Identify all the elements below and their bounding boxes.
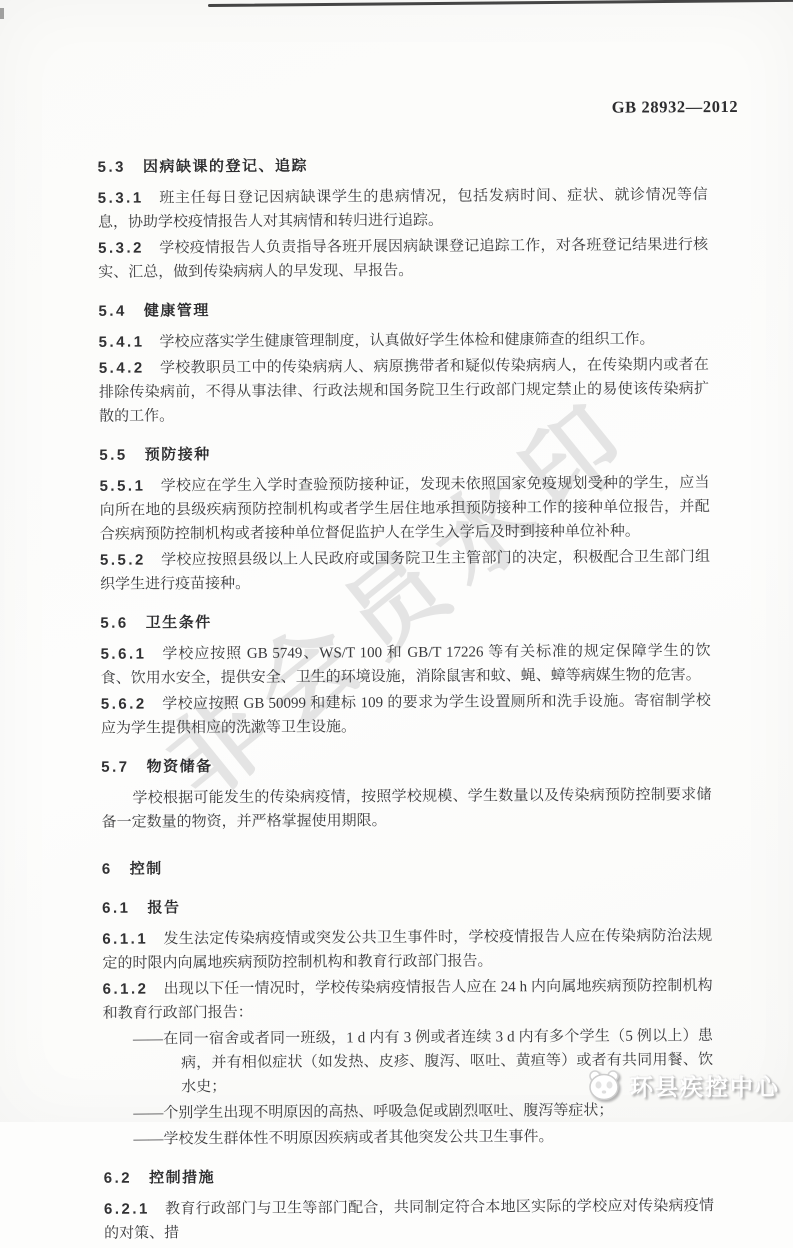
clause-5-6-1: 5.6.1学校应按照 GB 5749、WS/T 100 和 GB/T 17226… xyxy=(100,639,710,691)
clause-6-1-1: 6.1.1发生法定传染病疫情或突发公共卫生事件时，学校疫情报告人应在传染病防治法… xyxy=(102,924,712,976)
clause-text: 学校应按照 GB 50099 和建标 109 的要求为学生设置厕所和洗手设施。寄… xyxy=(101,693,711,737)
clause-number: 6.1.1 xyxy=(102,931,148,948)
clause-5-3-2: 5.3.2学校疫情报告人负责指导各班开展因病缺课登记追踪工作，对各班登记结果进行… xyxy=(98,233,708,285)
clause-number: 5.6.1 xyxy=(101,646,147,663)
clause-5-4-2: 5.4.2学校教职员工中的传染病病人、病原携带者和疑似传染病病人，在传染期内或者… xyxy=(99,353,709,429)
section-heading-5-4: 5.4健康管理 xyxy=(98,296,708,324)
clause-number: 5.3.2 xyxy=(98,240,144,257)
section-number: 6.1 xyxy=(102,900,130,917)
clause-5-5-2: 5.5.2学校应按照县级以上人民政府或国务院卫生主管部门的决定，积极配合卫生部门… xyxy=(100,545,710,597)
clause-5-3-1: 5.3.1班主任每日登记因病缺课学生的患病情况，包括发病时间、症状、就诊情况等信… xyxy=(98,183,708,235)
clause-text: 学校教职员工中的传染病病人、病原携带者和疑似传染病病人，在传染期内或者在排除传染… xyxy=(99,357,709,425)
clause-number: 5.3.1 xyxy=(98,190,144,207)
clause-number: 5.5.2 xyxy=(100,552,146,569)
paragraph-5-7: 学校根据可能发生的传染病疫情，按照学校规模、学生数量以及传染病预防控制要求储备一… xyxy=(101,783,711,835)
section-number: 5.7 xyxy=(101,759,129,776)
clause-text: 班主任每日登记因病缺课学生的患病情况，包括发病时间、症状、就诊情况等信息，协助学… xyxy=(98,187,708,231)
section-heading-5-6: 5.6卫生条件 xyxy=(100,608,710,636)
cdc-watermark-stamp: 环县疾控中心 xyxy=(585,1068,780,1102)
clause-number: 6.1.2 xyxy=(103,981,149,998)
clause-text: 学校疫情报告人负责指导各班开展因病缺课登记追踪工作，对各班登记结果进行核实、汇总… xyxy=(98,237,708,281)
clause-5-6-2: 5.6.2学校应按照 GB 50099 和建标 109 的要求为学生设置厕所和洗… xyxy=(101,689,711,741)
clause-number: 5.5.1 xyxy=(99,478,145,495)
section-title: 卫生条件 xyxy=(146,614,212,631)
document-body: 5.3因病缺课的登记、追踪 5.3.1班主任每日登记因病缺课学生的患病情况，包括… xyxy=(97,137,714,1122)
section-heading-5-7: 5.7物资储备 xyxy=(101,752,711,780)
stamp-text: 环县疾控中心 xyxy=(630,1069,780,1102)
clause-text: 学校应在学生入学时查验预防接种证，发现未依照国家免疫规划受种的学生，应当向所在地… xyxy=(100,475,710,543)
clause-text: 学校应落实学生健康管理制度，认真做好学生体检和健康筛查的组织工作。 xyxy=(159,331,654,350)
clause-text: 出现以下任一情况时，学校传染病疫情报告人应在 24 h 内向属地疾病预防控制机构… xyxy=(103,978,713,1022)
section-title: 因病缺课的登记、追踪 xyxy=(143,158,308,176)
standard-number: GB 28932—2012 xyxy=(612,97,739,118)
clause-5-4-1: 5.4.1学校应落实学生健康管理制度，认真做好学生体检和健康筛查的组织工作。 xyxy=(99,327,709,355)
panda-logo-icon xyxy=(585,1068,623,1102)
clause-6-1-2: 6.1.2出现以下任一情况时，学校传染病疫情报告人应在 24 h 内向属地疾病预… xyxy=(103,974,713,1026)
chapter-heading-6: 6控制 xyxy=(102,854,712,882)
clause-number: 5.4.2 xyxy=(99,360,145,377)
clause-text: 学校应按照县级以上人民政府或国务院卫生主管部门的决定，积极配合卫生部门组织学生进… xyxy=(100,549,710,593)
clause-5-5-1: 5.5.1学校应在学生入学时查验预防接种证，发现未依照国家免疫规划受种的学生，应… xyxy=(99,471,709,547)
section-title: 报告 xyxy=(147,899,180,916)
page-tilt-wrapper: GB 28932—2012 5.3因病缺课的登记、追踪 5.3.1班主任每日登记… xyxy=(0,0,793,1122)
section-number: 5.3 xyxy=(98,159,126,176)
section-number: 5.6 xyxy=(100,615,128,632)
clause-text: 发生法定传染病疫情或突发公共卫生事件时，学校疫情报告人应在传染病防治法规定的时限… xyxy=(102,928,712,972)
section-title: 健康管理 xyxy=(144,302,210,319)
section-heading-6-1: 6.1报告 xyxy=(102,893,712,921)
scanned-document-page: 非会员水印 GB 28932—2012 5.3因病缺课的登记、追踪 5.3.1班… xyxy=(0,0,793,1122)
section-number: 5.4 xyxy=(98,303,126,320)
clause-text: 学校应按照 GB 5749、WS/T 100 和 GB/T 17226 等有关标… xyxy=(101,643,711,687)
clause-number: 5.6.2 xyxy=(101,696,147,713)
section-title: 预防接种 xyxy=(145,446,211,463)
section-title: 物资储备 xyxy=(147,758,213,775)
chapter-title: 控制 xyxy=(130,860,163,877)
section-heading-5-3: 5.3因病缺课的登记、追踪 xyxy=(98,152,708,180)
chapter-number: 6 xyxy=(102,861,113,878)
section-number: 5.5 xyxy=(99,447,127,464)
clause-number: 5.4.1 xyxy=(99,334,145,351)
section-heading-5-5: 5.5预防接种 xyxy=(99,440,709,468)
